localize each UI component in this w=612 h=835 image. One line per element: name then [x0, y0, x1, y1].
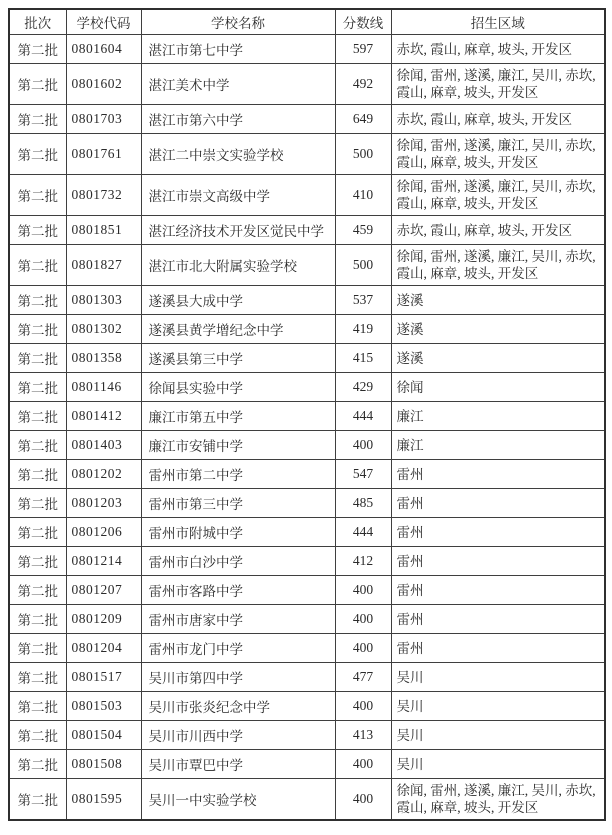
score-cell: 500	[335, 134, 391, 175]
name-cell: 吴川市第四中学	[141, 663, 335, 692]
name-cell: 雷州市第二中学	[141, 460, 335, 489]
code-cell: 0801851	[66, 216, 141, 245]
score-cell: 429	[335, 373, 391, 402]
region-cell: 雷州	[391, 634, 605, 663]
score-cell: 400	[335, 692, 391, 721]
table-row: 第二批0801703湛江市第六中学649赤坎, 霞山, 麻章, 坡头, 开发区	[9, 105, 605, 134]
name-cell: 遂溪县大成中学	[141, 286, 335, 315]
name-cell: 湛江经济技术开发区觉民中学	[141, 216, 335, 245]
region-cell: 徐闻	[391, 373, 605, 402]
batch-cell: 第二批	[9, 402, 66, 431]
column-header-batch: 批次	[9, 9, 66, 35]
code-cell: 0801595	[66, 779, 141, 821]
table-row: 第二批0801203雷州市第三中学485雷州	[9, 489, 605, 518]
name-cell: 徐闻县实验中学	[141, 373, 335, 402]
name-cell: 廉江市第五中学	[141, 402, 335, 431]
region-cell: 遂溪	[391, 286, 605, 315]
region-cell: 赤坎, 霞山, 麻章, 坡头, 开发区	[391, 35, 605, 64]
region-cell: 廉江	[391, 431, 605, 460]
batch-cell: 第二批	[9, 779, 66, 821]
code-cell: 0801517	[66, 663, 141, 692]
score-cell: 537	[335, 286, 391, 315]
name-cell: 吴川一中实验学校	[141, 779, 335, 821]
table-row: 第二批0801214雷州市白沙中学412雷州	[9, 547, 605, 576]
score-cell: 649	[335, 105, 391, 134]
score-cell: 413	[335, 721, 391, 750]
region-cell: 雷州	[391, 576, 605, 605]
name-cell: 湛江市北大附属实验学校	[141, 245, 335, 286]
name-cell: 湛江市第六中学	[141, 105, 335, 134]
score-cell: 400	[335, 431, 391, 460]
code-cell: 0801703	[66, 105, 141, 134]
score-cell: 400	[335, 634, 391, 663]
name-cell: 雷州市唐家中学	[141, 605, 335, 634]
region-cell: 吴川	[391, 750, 605, 779]
code-cell: 0801207	[66, 576, 141, 605]
table-row: 第二批0801202雷州市第二中学547雷州	[9, 460, 605, 489]
table-row: 第二批0801508吴川市覃巴中学400吴川	[9, 750, 605, 779]
region-cell: 吴川	[391, 663, 605, 692]
table-row: 第二批0801504吴川市川西中学413吴川	[9, 721, 605, 750]
score-cell: 412	[335, 547, 391, 576]
region-cell: 遂溪	[391, 315, 605, 344]
name-cell: 遂溪县第三中学	[141, 344, 335, 373]
name-cell: 雷州市客路中学	[141, 576, 335, 605]
score-cell: 400	[335, 576, 391, 605]
score-cell: 500	[335, 245, 391, 286]
batch-cell: 第二批	[9, 216, 66, 245]
name-cell: 湛江美术中学	[141, 64, 335, 105]
region-cell: 赤坎, 霞山, 麻章, 坡头, 开发区	[391, 105, 605, 134]
table-row: 第二批0801209雷州市唐家中学400雷州	[9, 605, 605, 634]
region-cell: 徐闻, 雷州, 遂溪, 廉江, 吴川, 赤坎, 霞山, 麻章, 坡头, 开发区	[391, 64, 605, 105]
batch-cell: 第二批	[9, 663, 66, 692]
code-cell: 0801206	[66, 518, 141, 547]
region-cell: 赤坎, 霞山, 麻章, 坡头, 开发区	[391, 216, 605, 245]
name-cell: 湛江市第七中学	[141, 35, 335, 64]
code-cell: 0801209	[66, 605, 141, 634]
score-cell: 400	[335, 750, 391, 779]
name-cell: 湛江市崇文高级中学	[141, 175, 335, 216]
table-header: 批次 学校代码 学校名称 分数线 招生区域	[9, 9, 605, 35]
score-cell: 485	[335, 489, 391, 518]
region-cell: 雷州	[391, 547, 605, 576]
header-row: 批次 学校代码 学校名称 分数线 招生区域	[9, 9, 605, 35]
table-row: 第二批0801503吴川市张炎纪念中学400吴川	[9, 692, 605, 721]
score-cell: 444	[335, 402, 391, 431]
code-cell: 0801358	[66, 344, 141, 373]
batch-cell: 第二批	[9, 344, 66, 373]
batch-cell: 第二批	[9, 175, 66, 216]
code-cell: 0801602	[66, 64, 141, 105]
code-cell: 0801504	[66, 721, 141, 750]
name-cell: 湛江二中崇文实验学校	[141, 134, 335, 175]
code-cell: 0801302	[66, 315, 141, 344]
score-cell: 415	[335, 344, 391, 373]
region-cell: 雷州	[391, 518, 605, 547]
table-row: 第二批0801358遂溪县第三中学415遂溪	[9, 344, 605, 373]
batch-cell: 第二批	[9, 634, 66, 663]
column-header-code: 学校代码	[66, 9, 141, 35]
name-cell: 吴川市张炎纪念中学	[141, 692, 335, 721]
batch-cell: 第二批	[9, 489, 66, 518]
region-cell: 徐闻, 雷州, 遂溪, 廉江, 吴川, 赤坎, 霞山, 麻章, 坡头, 开发区	[391, 175, 605, 216]
column-header-name: 学校名称	[141, 9, 335, 35]
region-cell: 徐闻, 雷州, 遂溪, 廉江, 吴川, 赤坎, 霞山, 麻章, 坡头, 开发区	[391, 134, 605, 175]
score-cell: 477	[335, 663, 391, 692]
name-cell: 吴川市川西中学	[141, 721, 335, 750]
region-cell: 雷州	[391, 489, 605, 518]
score-table-body: 第二批0801604湛江市第七中学597赤坎, 霞山, 麻章, 坡头, 开发区第…	[9, 35, 605, 821]
batch-cell: 第二批	[9, 286, 66, 315]
name-cell: 雷州市龙门中学	[141, 634, 335, 663]
code-cell: 0801203	[66, 489, 141, 518]
table-row: 第二批0801412廉江市第五中学444廉江	[9, 402, 605, 431]
batch-cell: 第二批	[9, 64, 66, 105]
table-row: 第二批0801303遂溪县大成中学537遂溪	[9, 286, 605, 315]
region-cell: 廉江	[391, 402, 605, 431]
region-cell: 雷州	[391, 460, 605, 489]
code-cell: 0801214	[66, 547, 141, 576]
column-header-score: 分数线	[335, 9, 391, 35]
table-row: 第二批0801207雷州市客路中学400雷州	[9, 576, 605, 605]
table-row: 第二批0801206雷州市附城中学444雷州	[9, 518, 605, 547]
region-cell: 徐闻, 雷州, 遂溪, 廉江, 吴川, 赤坎, 霞山, 麻章, 坡头, 开发区	[391, 245, 605, 286]
batch-cell: 第二批	[9, 692, 66, 721]
region-cell: 吴川	[391, 721, 605, 750]
batch-cell: 第二批	[9, 460, 66, 489]
batch-cell: 第二批	[9, 750, 66, 779]
code-cell: 0801508	[66, 750, 141, 779]
code-cell: 0801412	[66, 402, 141, 431]
batch-cell: 第二批	[9, 35, 66, 64]
table-row: 第二批0801146徐闻县实验中学429徐闻	[9, 373, 605, 402]
score-cell: 492	[335, 64, 391, 105]
table-row: 第二批0801827湛江市北大附属实验学校500徐闻, 雷州, 遂溪, 廉江, …	[9, 245, 605, 286]
code-cell: 0801202	[66, 460, 141, 489]
table-row: 第二批0801517吴川市第四中学477吴川	[9, 663, 605, 692]
code-cell: 0801732	[66, 175, 141, 216]
score-cell: 410	[335, 175, 391, 216]
score-table: 批次 学校代码 学校名称 分数线 招生区域 第二批0801604湛江市第七中学5…	[8, 8, 606, 821]
score-cell: 419	[335, 315, 391, 344]
batch-cell: 第二批	[9, 518, 66, 547]
batch-cell: 第二批	[9, 547, 66, 576]
region-cell: 雷州	[391, 605, 605, 634]
batch-cell: 第二批	[9, 605, 66, 634]
code-cell: 0801403	[66, 431, 141, 460]
batch-cell: 第二批	[9, 105, 66, 134]
table-row: 第二批0801204雷州市龙门中学400雷州	[9, 634, 605, 663]
code-cell: 0801761	[66, 134, 141, 175]
table-row: 第二批0801732湛江市崇文高级中学410徐闻, 雷州, 遂溪, 廉江, 吴川…	[9, 175, 605, 216]
name-cell: 雷州市附城中学	[141, 518, 335, 547]
code-cell: 0801303	[66, 286, 141, 315]
code-cell: 0801604	[66, 35, 141, 64]
code-cell: 0801204	[66, 634, 141, 663]
score-cell: 459	[335, 216, 391, 245]
score-cell: 400	[335, 605, 391, 634]
batch-cell: 第二批	[9, 721, 66, 750]
score-cell: 400	[335, 779, 391, 821]
name-cell: 吴川市覃巴中学	[141, 750, 335, 779]
score-cell: 547	[335, 460, 391, 489]
name-cell: 雷州市第三中学	[141, 489, 335, 518]
table-row: 第二批0801595吴川一中实验学校400徐闻, 雷州, 遂溪, 廉江, 吴川,…	[9, 779, 605, 821]
table-row: 第二批0801403廉江市安铺中学400廉江	[9, 431, 605, 460]
batch-cell: 第二批	[9, 576, 66, 605]
name-cell: 遂溪县黄学增纪念中学	[141, 315, 335, 344]
table-row: 第二批0801602湛江美术中学492徐闻, 雷州, 遂溪, 廉江, 吴川, 赤…	[9, 64, 605, 105]
table-row: 第二批0801302遂溪县黄学增纪念中学419遂溪	[9, 315, 605, 344]
batch-cell: 第二批	[9, 245, 66, 286]
region-cell: 徐闻, 雷州, 遂溪, 廉江, 吴川, 赤坎, 霞山, 麻章, 坡头, 开发区	[391, 779, 605, 821]
region-cell: 遂溪	[391, 344, 605, 373]
column-header-region: 招生区域	[391, 9, 605, 35]
batch-cell: 第二批	[9, 134, 66, 175]
code-cell: 0801503	[66, 692, 141, 721]
score-cell: 444	[335, 518, 391, 547]
code-cell: 0801146	[66, 373, 141, 402]
score-table-container: 批次 学校代码 学校名称 分数线 招生区域 第二批0801604湛江市第七中学5…	[8, 8, 606, 821]
name-cell: 雷州市白沙中学	[141, 547, 335, 576]
table-row: 第二批0801851湛江经济技术开发区觉民中学459赤坎, 霞山, 麻章, 坡头…	[9, 216, 605, 245]
batch-cell: 第二批	[9, 431, 66, 460]
table-row: 第二批0801604湛江市第七中学597赤坎, 霞山, 麻章, 坡头, 开发区	[9, 35, 605, 64]
name-cell: 廉江市安铺中学	[141, 431, 335, 460]
score-cell: 597	[335, 35, 391, 64]
code-cell: 0801827	[66, 245, 141, 286]
region-cell: 吴川	[391, 692, 605, 721]
batch-cell: 第二批	[9, 373, 66, 402]
table-row: 第二批0801761湛江二中崇文实验学校500徐闻, 雷州, 遂溪, 廉江, 吴…	[9, 134, 605, 175]
batch-cell: 第二批	[9, 315, 66, 344]
